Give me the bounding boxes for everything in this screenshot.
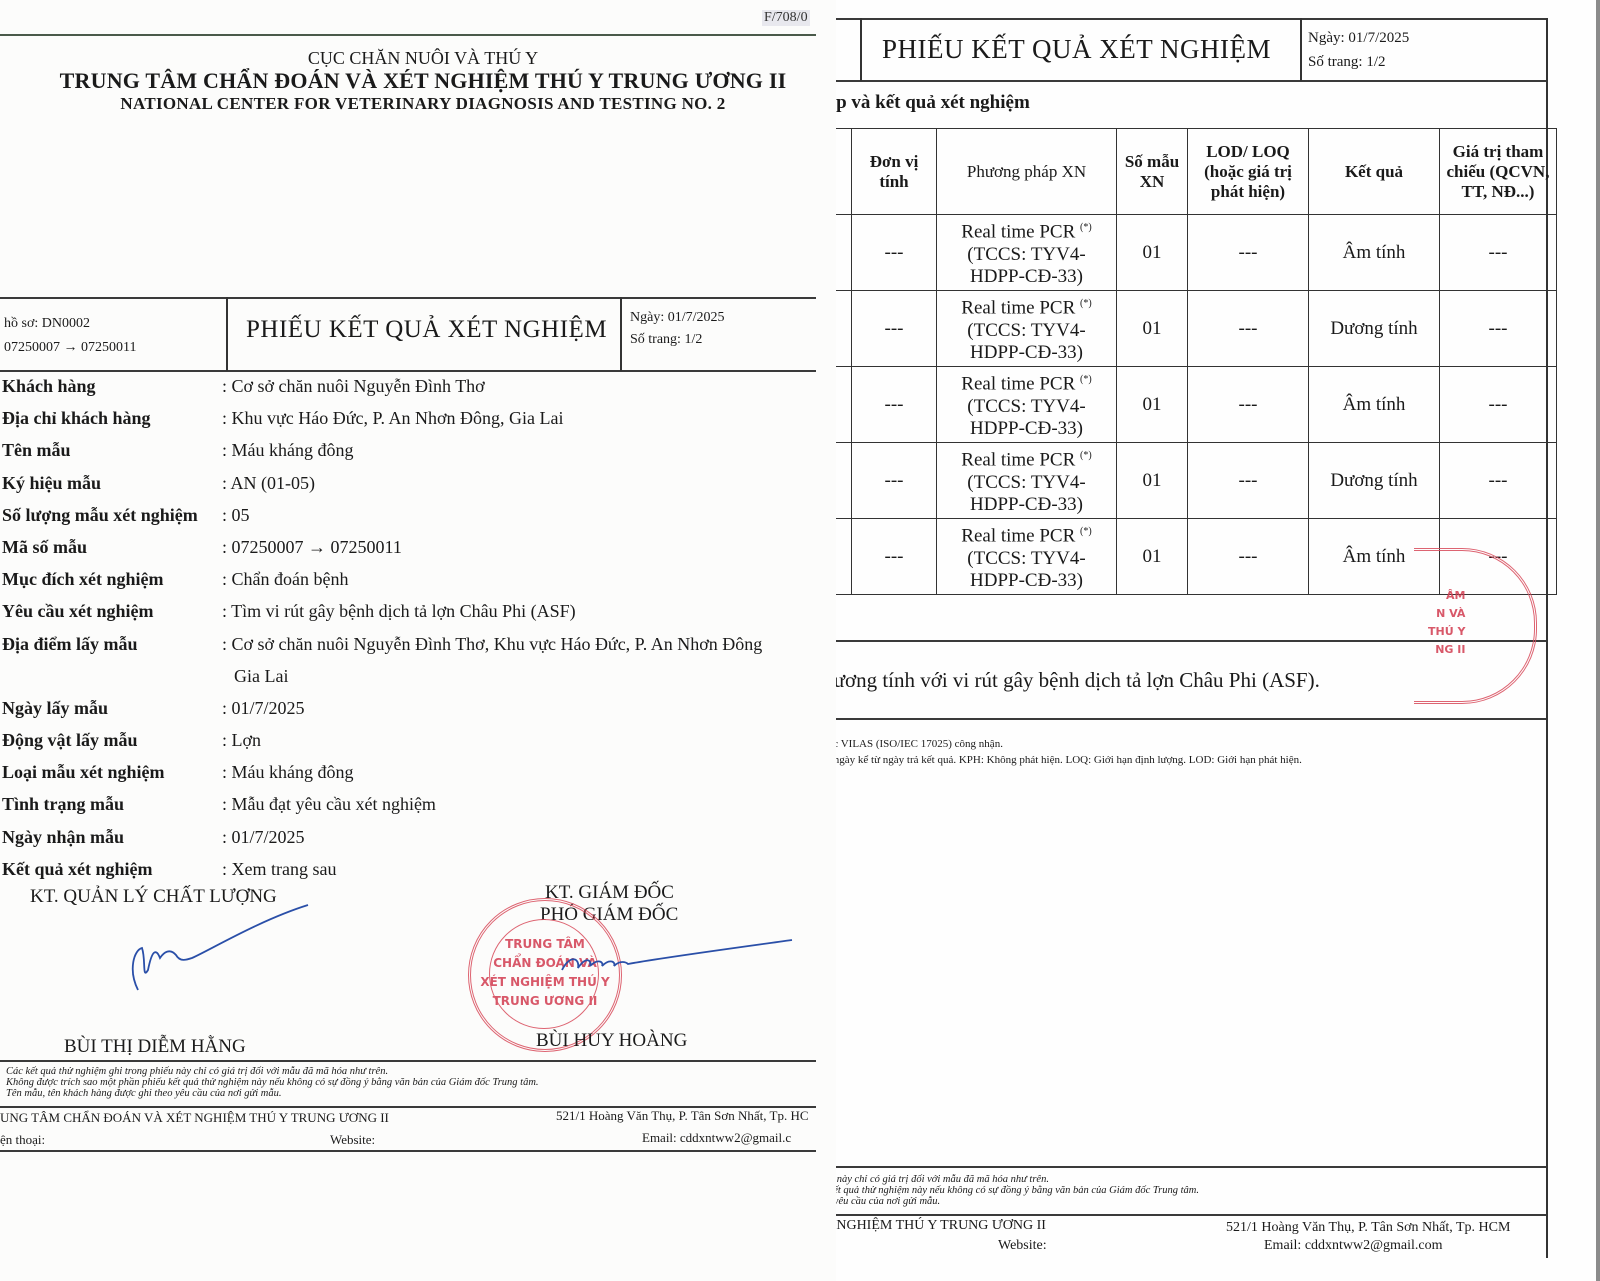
col-header-result: Kết quả xyxy=(1309,129,1440,215)
info-value-continued: Gia Lai xyxy=(234,666,288,687)
org-name: TRUNG TÂM CHẨN ĐOÁN VÀ XÉT NGHIỆM THÚ Y … xyxy=(0,68,836,94)
sheet-title: PHIẾU KẾT QUẢ XÉT NGHIỆM xyxy=(246,316,607,344)
info-value: : Mẫu đạt yêu cầu xét nghiệm xyxy=(222,794,436,815)
col-header-reference: Giá trị tham chiếu (QCVN, TT, NĐ...) xyxy=(1440,129,1557,215)
page-number: Số trang: 1/2 xyxy=(630,332,702,348)
signer-left-name: BÙI THỊ DIỄM HẰNG xyxy=(64,1036,246,1058)
info-label: Số lượng mẫu xét nghiệm xyxy=(2,505,198,526)
cell-partial xyxy=(836,443,852,519)
cell-result: Dương tính xyxy=(1309,291,1440,367)
col-header-method: Phương pháp XN xyxy=(937,129,1117,215)
abbreviation-remark: 14 ngày kể từ ngày trả kết quả. KPH: Khô… xyxy=(836,754,1302,766)
signer-right-name: BÙI HUY HOÀNG xyxy=(536,1030,687,1052)
signature-right xyxy=(560,936,800,996)
issue-date: Ngày: 01/7/2025 xyxy=(1308,30,1409,47)
cell-method: Real time PCR (*)(TCCS: TYV4-HDPP-CĐ-33) xyxy=(937,215,1117,291)
col-header-count: Số mẫu XN xyxy=(1117,129,1188,215)
issue-date: Ngày: 01/7/2025 xyxy=(630,310,725,326)
conclusion-text: ı dương tính với vi rút gây bệnh dịch tả… xyxy=(836,668,1320,693)
result-sheet-page-2: PHIẾU KẾT QUẢ XÉT NGHIỆM Ngày: 01/7/2025… xyxy=(836,0,1600,1281)
results-table: Đơn vị tính Phương pháp XN Số mẫu XN LOD… xyxy=(836,128,1557,595)
cell-method: Real time PCR (*)(TCCS: TYV4-HDPP-CĐ-33) xyxy=(937,443,1117,519)
table-row: ---Real time PCR (*)(TCCS: TYV4-HDPP-CĐ-… xyxy=(836,367,1557,443)
table-row: ---Real time PCR (*)(TCCS: TYV4-HDPP-CĐ-… xyxy=(836,215,1557,291)
cell-unit: --- xyxy=(852,443,937,519)
info-label: Ngày nhận mẫu xyxy=(2,827,124,848)
info-label: Địa điểm lấy mẫu xyxy=(2,634,138,655)
cell-partial xyxy=(836,215,852,291)
header-rule xyxy=(0,34,816,36)
info-label: Mã số mẫu xyxy=(2,537,87,558)
info-label: Động vật lấy mẫu xyxy=(2,730,138,751)
info-value: : Xem trang sau xyxy=(222,859,336,880)
info-label: Yêu cầu xét nghiệm xyxy=(2,601,154,622)
cell-reference: --- xyxy=(1440,291,1557,367)
cell-method: Real time PCR (*)(TCCS: TYV4-HDPP-CĐ-33) xyxy=(937,367,1117,443)
info-value: : 05 xyxy=(222,505,250,526)
footer-email: Email: cddxntww2@gmail.com xyxy=(1264,1238,1443,1254)
cell-count: 01 xyxy=(1117,215,1188,291)
cell-reference: --- xyxy=(1440,367,1557,443)
table-row: ---Real time PCR (*)(TCCS: TYV4-HDPP-CĐ-… xyxy=(836,291,1557,367)
form-code: F/708/0 xyxy=(762,10,810,26)
cell-lod: --- xyxy=(1188,519,1309,595)
col-header-unit: Đơn vị tính xyxy=(852,129,937,215)
info-value: : AN (01-05) xyxy=(222,473,315,494)
disclaimer-notes: hiếu này chỉ có giá trị đối với mẫu đã m… xyxy=(836,1174,1199,1207)
info-value: : Cơ sở chăn nuôi Nguyễn Đình Thơ, Khu v… xyxy=(222,634,762,655)
info-value: : 01/7/2025 xyxy=(222,827,305,848)
footer-website: Website: xyxy=(330,1132,375,1148)
info-value: : Máu kháng đông xyxy=(222,440,353,461)
cell-lod: --- xyxy=(1188,367,1309,443)
footer-address: 521/1 Hoàng Văn Thụ, P. Tân Sơn Nhất, Tp… xyxy=(556,1108,809,1124)
info-value: : Tìm vi rút gây bệnh dịch tả lợn Châu P… xyxy=(222,601,576,622)
col-header-partial xyxy=(836,129,852,215)
org-name-en: NATIONAL CENTER FOR VETERINARY DIAGNOSIS… xyxy=(0,94,836,114)
info-label: Khách hàng xyxy=(2,376,96,397)
disclaimer-notes: Các kết quả thử nghiệm ghi trong phiếu n… xyxy=(6,1066,539,1099)
section-heading: háp và kết quả xét nghiệm xyxy=(836,92,1030,114)
cell-reference: --- xyxy=(1440,215,1557,291)
cell-unit: --- xyxy=(852,215,937,291)
cell-lod: --- xyxy=(1188,443,1309,519)
cell-method: Real time PCR (*)(TCCS: TYV4-HDPP-CĐ-33) xyxy=(937,519,1117,595)
table-header-row: Đơn vị tính Phương pháp XN Số mẫu XN LOD… xyxy=(836,129,1557,215)
cell-count: 01 xyxy=(1117,519,1188,595)
cell-partial xyxy=(836,291,852,367)
info-value: : Cơ sở chăn nuôi Nguyễn Đình Thơ xyxy=(222,376,485,397)
file-number: hồ sơ: DN0002 xyxy=(4,316,90,332)
info-label: Loại mẫu xét nghiệm xyxy=(2,762,165,783)
result-sheet-page-1: F/708/0 CỤC CHĂN NUÔI VÀ THÚ Y TRUNG TÂM… xyxy=(0,0,836,1281)
cell-partial xyxy=(836,367,852,443)
cell-reference: --- xyxy=(1440,443,1557,519)
page-number: Số trang: 1/2 xyxy=(1308,54,1386,71)
cell-lod: --- xyxy=(1188,291,1309,367)
cell-count: 01 xyxy=(1117,367,1188,443)
cell-unit: --- xyxy=(852,519,937,595)
info-label: Kết quả xét nghiệm xyxy=(2,859,153,880)
info-value: : 07250007 → 07250011 xyxy=(222,537,402,558)
info-label: Ký hiệu mẫu xyxy=(2,473,101,494)
info-value: : Máu kháng đông xyxy=(222,762,353,783)
info-label: Ngày lấy mẫu xyxy=(2,698,108,719)
info-value: : Lợn xyxy=(222,730,261,751)
cell-unit: --- xyxy=(852,291,937,367)
info-value: : Khu vực Háo Đức, P. An Nhơn Đông, Gia … xyxy=(222,408,564,429)
info-value: : Chẩn đoán bệnh xyxy=(222,569,348,590)
footer-email: Email: cddxntww2@gmail.c xyxy=(642,1130,791,1146)
info-value: : 01/7/2025 xyxy=(222,698,305,719)
org-parent: CỤC CHĂN NUÔI VÀ THÚ Y xyxy=(0,48,836,69)
info-label: Tên mẫu xyxy=(2,440,71,461)
cell-result: Âm tính xyxy=(1309,367,1440,443)
footer-org: UNG TÂM CHẨN ĐOÁN VÀ XÉT NGHIỆM THÚ Y TR… xyxy=(0,1110,389,1126)
footer-website: Website: xyxy=(998,1238,1047,1254)
cell-count: 01 xyxy=(1117,291,1188,367)
col-header-lod: LOD/ LOQ (hoặc giá trị phát hiện) xyxy=(1188,129,1309,215)
sample-range: 07250007 → 07250011 xyxy=(4,340,136,356)
footer-phone: ện thoại: xyxy=(0,1132,45,1148)
cell-result: Âm tính xyxy=(1309,215,1440,291)
info-label: Địa chỉ khách hàng xyxy=(2,408,151,429)
info-label: Tình trạng mẫu xyxy=(2,794,124,815)
cell-result: Dương tính xyxy=(1309,443,1440,519)
table-row: ---Real time PCR (*)(TCCS: TYV4-HDPP-CĐ-… xyxy=(836,443,1557,519)
accreditation-remark: được VILAS (ISO/IEC 17025) công nhận. xyxy=(836,738,1003,750)
cell-count: 01 xyxy=(1117,443,1188,519)
cell-unit: --- xyxy=(852,367,937,443)
footer-address: 521/1 Hoàng Văn Thụ, P. Tân Sơn Nhất, Tp… xyxy=(1226,1220,1510,1236)
cell-partial xyxy=(836,519,852,595)
sheet-title: PHIẾU KẾT QUẢ XÉT NGHIỆM xyxy=(882,34,1271,65)
footer-org: ẾT NGHIỆM THÚ Y TRUNG ƯƠNG II xyxy=(836,1218,1046,1234)
cell-method: Real time PCR (*)(TCCS: TYV4-HDPP-CĐ-33) xyxy=(937,291,1117,367)
info-label: Mục đích xét nghiệm xyxy=(2,569,164,590)
cell-lod: --- xyxy=(1188,215,1309,291)
signature-left xyxy=(120,900,320,1000)
